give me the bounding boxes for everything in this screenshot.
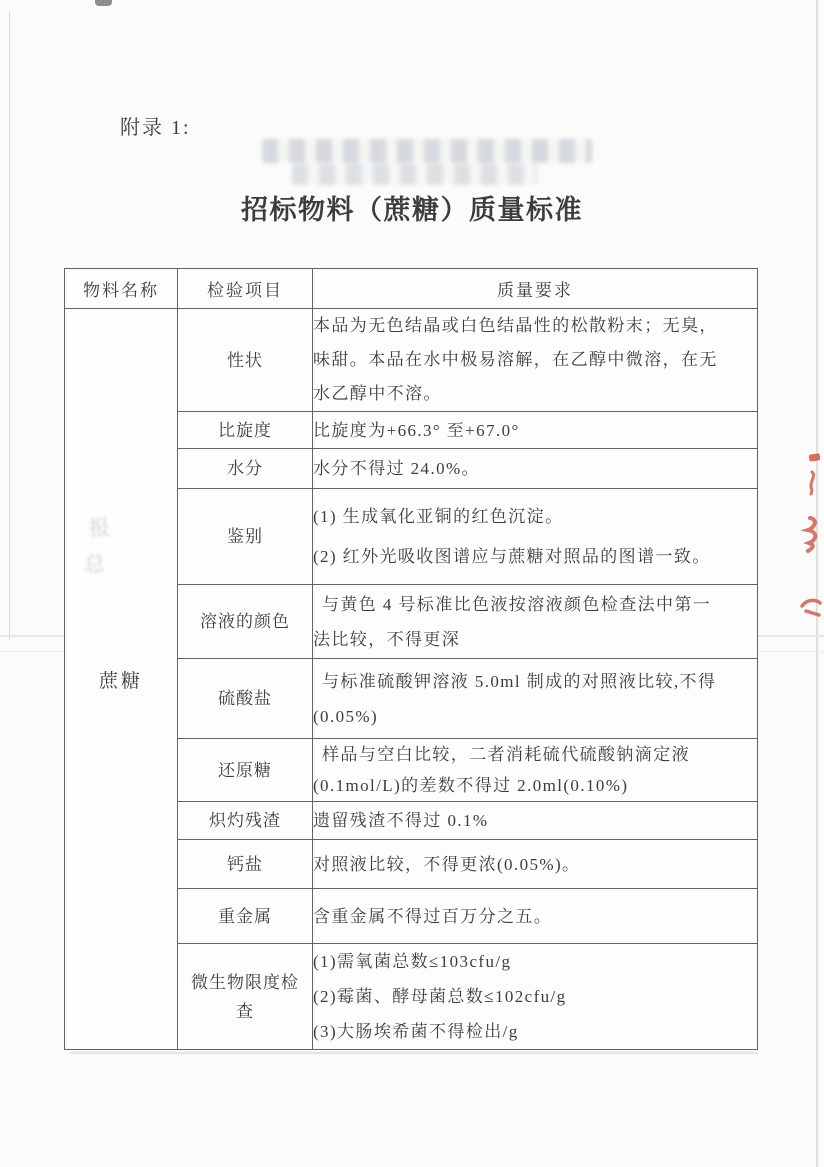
requirement-line: 遗留残渣不得过 0.1%	[313, 803, 757, 838]
red-stamp-marks	[794, 440, 824, 630]
requirement-line: 比旋度为+66.3° 至+67.0°	[313, 413, 757, 448]
appendix-label: 附录 1:	[120, 111, 191, 140]
requirement-line: (0.05%)	[313, 699, 757, 734]
bleed-through-glyph: 总	[83, 547, 109, 578]
requirement-line: (1)需氧菌总数≤103cfu/g	[313, 944, 757, 979]
requirement-cell: 比旋度为+66.3° 至+67.0°	[313, 412, 758, 449]
requirement-line: (1) 生成氧化亚铜的红色沉淀。	[313, 497, 757, 537]
requirement-line: (0.1mol/L)的差数不得过 2.0ml(0.10%)	[313, 770, 757, 801]
requirement-cell: 与黄色 4 号标准比色液按溶液颜色检查法中第一 法比较，不得更深	[313, 585, 758, 659]
requirement-line: 本品为无色结晶或白色结晶性的松散粉末；无臭，	[313, 309, 757, 343]
requirement-cell: 与标准硫酸钾溶液 5.0ml 制成的对照液比较,不得 (0.05%)	[313, 659, 758, 739]
inspection-item-cell: 炽灼残渣	[178, 802, 313, 840]
requirement-line: 味甜。本品在水中极易溶解，在乙醇中微溶，在无	[313, 343, 757, 377]
requirement-cell: (1)需氧菌总数≤103cfu/g (2)霉菌、酵母菌总数≤102cfu/g (…	[313, 944, 758, 1050]
inspection-item-cell: 溶液的颜色	[178, 585, 313, 659]
scan-edge-left	[9, 12, 10, 640]
inspection-item-cell: 水分	[178, 449, 313, 489]
requirement-line: (2) 红外光吸收图谱应与蔗糖对照品的图谱一致。	[313, 537, 757, 577]
inspection-item-cell: 微生物限度检查	[178, 944, 313, 1050]
bleed-through-glyph: 报	[88, 511, 115, 543]
header-quality-requirement: 质量要求	[313, 269, 758, 309]
material-name-cell: 报 总 蔗糖	[65, 309, 178, 1050]
table-row: 报 总 蔗糖 性状 本品为无色结晶或白色结晶性的松散粉末；无臭， 味甜。本品在水…	[65, 309, 758, 412]
requirement-line: (2)霉菌、酵母菌总数≤102cfu/g	[313, 979, 757, 1014]
requirement-cell: (1) 生成氧化亚铜的红色沉淀。 (2) 红外光吸收图谱应与蔗糖对照品的图谱一致…	[313, 489, 758, 585]
header-material-name: 物料名称	[65, 269, 178, 309]
requirement-cell: 含重金属不得过百万分之五。	[313, 889, 758, 944]
red-stamp-fragment	[811, 472, 814, 494]
requirement-line: 法比较，不得更深	[313, 622, 757, 657]
red-stamp-fragment	[802, 600, 820, 615]
scan-shadow-line	[70, 1052, 758, 1054]
requirement-line: 与黄色 4 号标准比色液按溶液颜色检查法中第一	[313, 587, 757, 622]
table-header-row: 物料名称 检验项目 质量要求	[65, 269, 758, 309]
inspection-item-cell: 重金属	[178, 889, 313, 944]
inspection-item-cell: 性状	[178, 309, 313, 412]
requirement-line: (3)大肠埃希菌不得检出/g	[313, 1014, 757, 1049]
requirement-cell: 对照液比较，不得更浓(0.05%)。	[313, 840, 758, 889]
bleed-through-text	[262, 139, 592, 163]
document-page: 附录 1: 招标物料（蔗糖）质量标准 物料名称 检验项目 质量要求 报 总 蔗糖…	[0, 0, 824, 1167]
requirement-line: 对照液比较，不得更浓(0.05%)。	[313, 847, 757, 882]
bleed-through-text	[292, 164, 537, 185]
page-title: 招标物料（蔗糖）质量标准	[0, 188, 824, 227]
scan-artifact-dot	[95, 0, 112, 6]
requirement-cell: 样品与空白比较，二者消耗硫代硫酸钠滴定液 (0.1mol/L)的差数不得过 2.…	[313, 739, 758, 802]
requirement-cell: 水分不得过 24.0%。	[313, 449, 758, 489]
inspection-item-cell: 硫酸盐	[178, 659, 313, 739]
red-stamp-fragment	[808, 518, 815, 551]
requirement-line: 水乙醇中不溶。	[313, 377, 757, 411]
requirement-line: 样品与空白比较，二者消耗硫代硫酸钠滴定液	[313, 739, 757, 770]
requirement-cell: 遗留残渣不得过 0.1%	[313, 802, 758, 840]
inspection-item-cell: 钙盐	[178, 840, 313, 889]
requirement-cell: 本品为无色结晶或白色结晶性的松散粉末；无臭， 味甜。本品在水中极易溶解，在乙醇中…	[313, 309, 758, 412]
inspection-item-cell: 比旋度	[178, 412, 313, 449]
inspection-item-cell: 鉴别	[178, 489, 313, 585]
material-name: 蔗糖	[99, 671, 143, 692]
header-inspection-item: 检验项目	[178, 269, 313, 309]
quality-standard-table: 物料名称 检验项目 质量要求 报 总 蔗糖 性状 本品为无色结晶或白色结晶性的松…	[64, 268, 758, 1050]
requirement-line: 水分不得过 24.0%。	[313, 451, 757, 486]
requirement-line: 与标准硫酸钾溶液 5.0ml 制成的对照液比较,不得	[313, 664, 757, 699]
red-stamp-fragment	[809, 453, 821, 461]
inspection-item-cell: 还原糖	[178, 739, 313, 802]
requirement-line: 含重金属不得过百万分之五。	[313, 899, 757, 934]
